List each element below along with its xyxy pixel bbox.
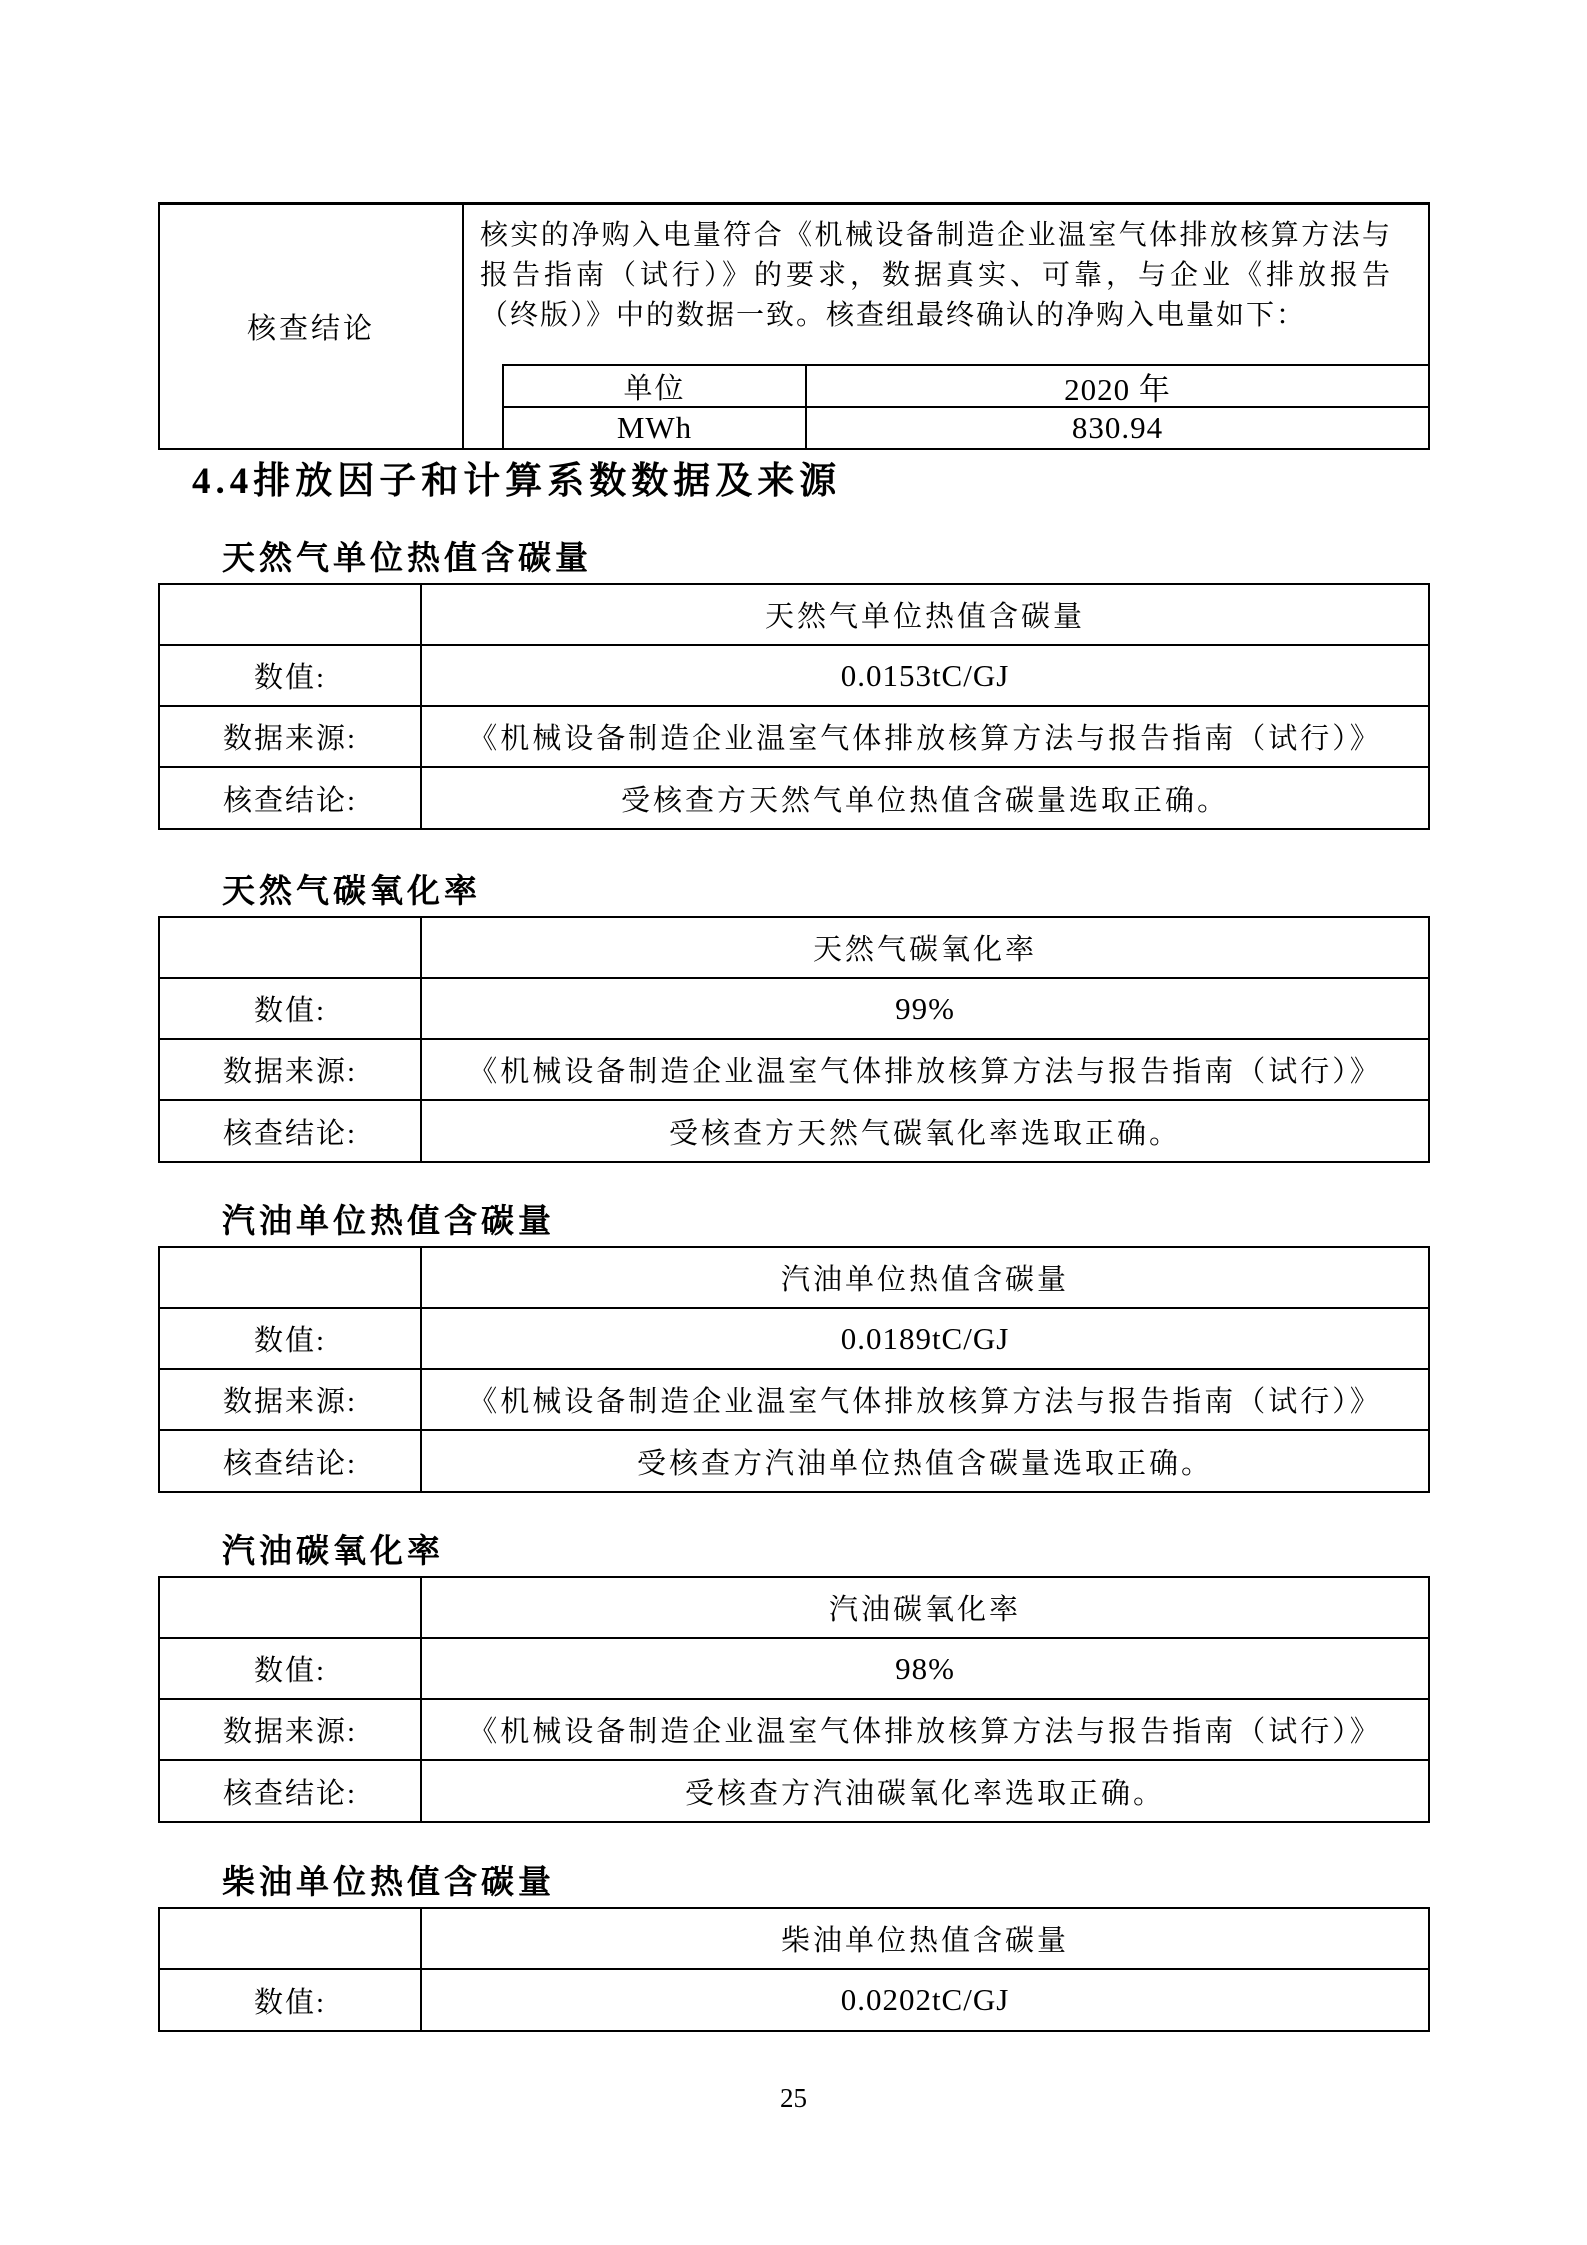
conclusion-label-cell: 核查结论: bbox=[160, 1101, 422, 1161]
source-cell: 《机械设备制造企业温室气体排放核算方法与报告指南（试行）》 bbox=[422, 1700, 1428, 1759]
conclusion-row: 核查结论: 受核查方汽油碳氧化率选取正确。 bbox=[160, 1759, 1428, 1821]
page-number: 25 bbox=[0, 2083, 1587, 2114]
factor-section-gasoline-carbon-content: 汽油单位热值含碳量 汽油单位热值含碳量 数值: 0.0189tC/GJ 数据来源… bbox=[158, 1195, 1430, 1493]
value-label-cell: 数值: bbox=[160, 646, 422, 705]
table-title: 汽油单位热值含碳量 bbox=[222, 1195, 1430, 1246]
conclusion-cell: 受核查方汽油碳氧化率选取正确。 bbox=[422, 1761, 1428, 1821]
factor-table: 天然气碳氧化率 数值: 99% 数据来源: 《机械设备制造企业温室气体排放核算方… bbox=[158, 916, 1430, 1163]
table-header-row: 天然气碳氧化率 bbox=[160, 918, 1428, 977]
source-cell: 《机械设备制造企业温室气体排放核算方法与报告指南（试行）》 bbox=[422, 707, 1428, 766]
subtable-unit-value-cell: MWh bbox=[504, 408, 807, 448]
net-electricity-subtable: 单位 2020 年 MWh 830.94 bbox=[502, 364, 1428, 448]
conclusion-content-cell: 核实的净购入电量符合《机械设备制造企业温室气体排放核算方法与报告指南（试行）》的… bbox=[464, 205, 1428, 448]
source-label-cell: 数据来源: bbox=[160, 1370, 422, 1429]
table-title: 汽油碳氧化率 bbox=[222, 1525, 1430, 1576]
value-row: 数值: 0.0153tC/GJ bbox=[160, 644, 1428, 705]
conclusion-row: 核查结论: 受核查方天然气碳氧化率选取正确。 bbox=[160, 1099, 1428, 1161]
factor-table: 天然气单位热值含碳量 数值: 0.0153tC/GJ 数据来源: 《机械设备制造… bbox=[158, 583, 1430, 830]
document-page: 核查结论 核实的净购入电量符合《机械设备制造企业温室气体排放核算方法与报告指南（… bbox=[0, 0, 1587, 2245]
conclusion-label: 核查结论 bbox=[247, 306, 375, 347]
subtable-unit-header-cell: 单位 bbox=[504, 366, 807, 406]
table-header-row: 汽油单位热值含碳量 bbox=[160, 1248, 1428, 1307]
header-cell: 汽油碳氧化率 bbox=[422, 1578, 1428, 1637]
factor-section-gasoline-oxidation-rate: 汽油碳氧化率 汽油碳氧化率 数值: 98% 数据来源: 《机械设备制造企业温室气… bbox=[158, 1525, 1430, 1823]
header-empty-cell bbox=[160, 585, 422, 644]
conclusion-paragraph: 核实的净购入电量符合《机械设备制造企业温室气体排放核算方法与报告指南（试行）》的… bbox=[464, 205, 1392, 336]
value-cell: 0.0189tC/GJ bbox=[422, 1309, 1428, 1368]
table-header-row: 柴油单位热值含碳量 bbox=[160, 1909, 1428, 1968]
value-row: 数值: 98% bbox=[160, 1637, 1428, 1698]
table-header-row: 天然气单位热值含碳量 bbox=[160, 585, 1428, 644]
source-row: 数据来源: 《机械设备制造企业温室气体排放核算方法与报告指南（试行）》 bbox=[160, 705, 1428, 766]
subtable-year-header-cell: 2020 年 bbox=[807, 366, 1428, 406]
source-label-cell: 数据来源: bbox=[160, 707, 422, 766]
section-heading: 4.4排放因子和计算系数数据及来源 bbox=[192, 450, 841, 504]
value-row: 数值: 0.0189tC/GJ bbox=[160, 1307, 1428, 1368]
source-row: 数据来源: 《机械设备制造企业温室气体排放核算方法与报告指南（试行）》 bbox=[160, 1368, 1428, 1429]
conclusion-cell: 受核查方汽油单位热值含碳量选取正确。 bbox=[422, 1431, 1428, 1491]
header-cell: 天然气碳氧化率 bbox=[422, 918, 1428, 977]
factor-section-natural-gas-oxidation-rate: 天然气碳氧化率 天然气碳氧化率 数值: 99% 数据来源: 《机械设备制造企业温… bbox=[158, 865, 1430, 1163]
value-cell: 99% bbox=[422, 979, 1428, 1038]
factor-table: 柴油单位热值含碳量 数值: 0.0202tC/GJ bbox=[158, 1907, 1430, 2032]
conclusion-label-cell: 核查结论: bbox=[160, 768, 422, 828]
value-cell: 0.0153tC/GJ bbox=[422, 646, 1428, 705]
subtable-year-value-cell: 830.94 bbox=[807, 408, 1428, 448]
conclusion-row: 核查结论: 受核查方天然气单位热值含碳量选取正确。 bbox=[160, 766, 1428, 828]
conclusion-row: 核查结论: 受核查方汽油单位热值含碳量选取正确。 bbox=[160, 1429, 1428, 1491]
table-title: 柴油单位热值含碳量 bbox=[222, 1856, 1430, 1907]
value-label-cell: 数值: bbox=[160, 1639, 422, 1698]
source-row: 数据来源: 《机械设备制造企业温室气体排放核算方法与报告指南（试行）》 bbox=[160, 1038, 1428, 1099]
subtable-value-row: MWh 830.94 bbox=[504, 408, 1428, 448]
source-label-cell: 数据来源: bbox=[160, 1040, 422, 1099]
source-row: 数据来源: 《机械设备制造企业温室气体排放核算方法与报告指南（试行）》 bbox=[160, 1698, 1428, 1759]
header-empty-cell bbox=[160, 1578, 422, 1637]
header-cell: 柴油单位热值含碳量 bbox=[422, 1909, 1428, 1968]
subtable-header-row: 单位 2020 年 bbox=[504, 366, 1428, 408]
table-title: 天然气单位热值含碳量 bbox=[222, 532, 1430, 583]
source-cell: 《机械设备制造企业温室气体排放核算方法与报告指南（试行）》 bbox=[422, 1040, 1428, 1099]
conclusion-label-cell: 核查结论: bbox=[160, 1761, 422, 1821]
header-empty-cell bbox=[160, 1909, 422, 1968]
header-cell: 汽油单位热值含碳量 bbox=[422, 1248, 1428, 1307]
header-empty-cell bbox=[160, 918, 422, 977]
header-empty-cell bbox=[160, 1248, 422, 1307]
source-cell: 《机械设备制造企业温室气体排放核算方法与报告指南（试行）》 bbox=[422, 1370, 1428, 1429]
factor-section-diesel-carbon-content: 柴油单位热值含碳量 柴油单位热值含碳量 数值: 0.0202tC/GJ bbox=[158, 1856, 1430, 2032]
value-cell: 0.0202tC/GJ bbox=[422, 1970, 1428, 2030]
verification-conclusion-table: 核查结论 核实的净购入电量符合《机械设备制造企业温室气体排放核算方法与报告指南（… bbox=[158, 202, 1430, 450]
header-cell: 天然气单位热值含碳量 bbox=[422, 585, 1428, 644]
value-cell: 98% bbox=[422, 1639, 1428, 1698]
value-label-cell: 数值: bbox=[160, 1309, 422, 1368]
table-title: 天然气碳氧化率 bbox=[222, 865, 1430, 916]
factor-table: 汽油碳氧化率 数值: 98% 数据来源: 《机械设备制造企业温室气体排放核算方法… bbox=[158, 1576, 1430, 1823]
conclusion-cell: 受核查方天然气碳氧化率选取正确。 bbox=[422, 1101, 1428, 1161]
value-row: 数值: 99% bbox=[160, 977, 1428, 1038]
conclusion-label-cell: 核查结论: bbox=[160, 1431, 422, 1491]
value-label-cell: 数值: bbox=[160, 1970, 422, 2030]
source-label-cell: 数据来源: bbox=[160, 1700, 422, 1759]
factor-section-natural-gas-carbon-content: 天然气单位热值含碳量 天然气单位热值含碳量 数值: 0.0153tC/GJ 数据… bbox=[158, 532, 1430, 830]
value-label-cell: 数值: bbox=[160, 979, 422, 1038]
conclusion-label-cell: 核查结论 bbox=[160, 205, 464, 448]
value-row: 数值: 0.0202tC/GJ bbox=[160, 1968, 1428, 2030]
factor-table: 汽油单位热值含碳量 数值: 0.0189tC/GJ 数据来源: 《机械设备制造企… bbox=[158, 1246, 1430, 1493]
conclusion-cell: 受核查方天然气单位热值含碳量选取正确。 bbox=[422, 768, 1428, 828]
table-header-row: 汽油碳氧化率 bbox=[160, 1578, 1428, 1637]
